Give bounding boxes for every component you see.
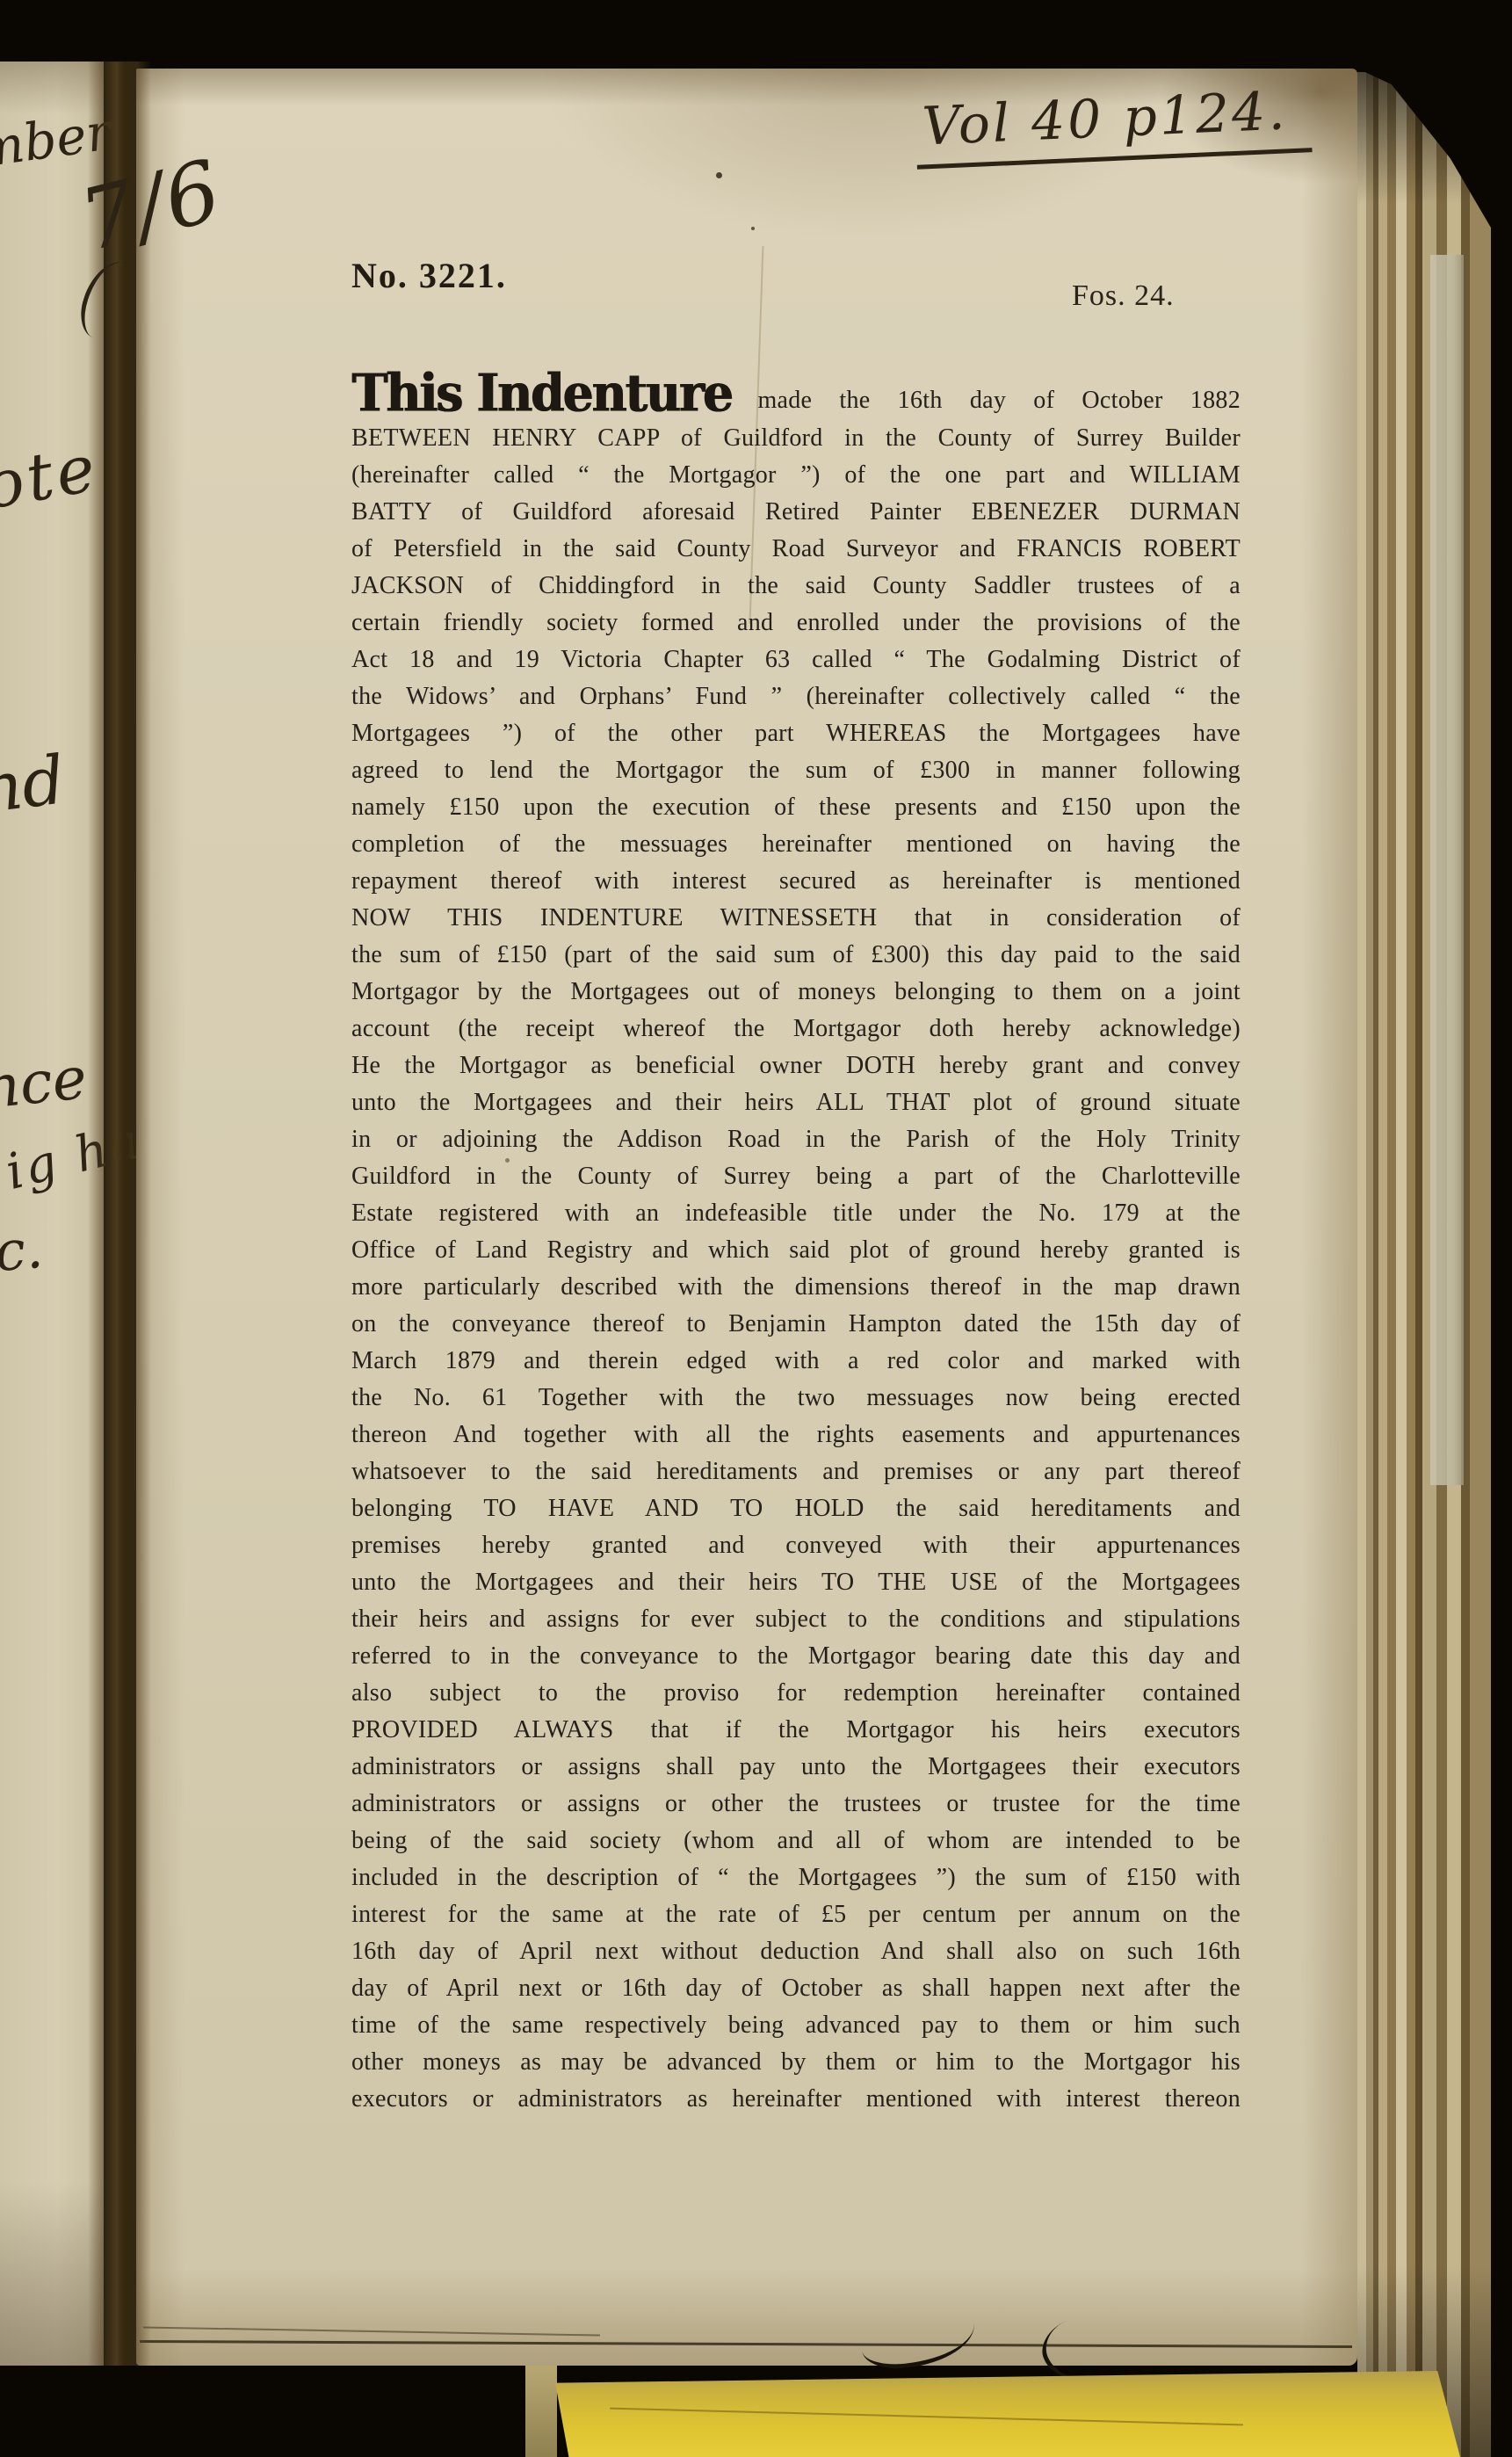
body-line: the No. 61 Together with the two messuag… [351, 1380, 1241, 1417]
body-line: administrators or assigns or other the t… [351, 1786, 1241, 1823]
margin-fragment: ote [0, 430, 105, 524]
body-line: Mortgagees ”) of the other part WHEREAS … [351, 715, 1241, 752]
body-line: BETWEEN HENRY CAPP of Guildford in the C… [351, 420, 1241, 457]
opening-line: This Indenture made the 16th day of Octo… [351, 355, 1241, 418]
body-line: Guildford in the County of Surrey being … [351, 1158, 1241, 1195]
body-line: account (the receipt whereof the Mortgag… [351, 1011, 1241, 1047]
page-bottom-edge [140, 2340, 1352, 2348]
body-line: day of April next or 16th day of October… [351, 1970, 1241, 2007]
ink-spot [716, 172, 722, 178]
body-line: unto the Mortgagees and their heirs ALL … [351, 1084, 1241, 1121]
body-line: JACKSON of Chiddingford in the said Coun… [351, 568, 1241, 605]
body-line: agreed to lend the Mortgagor the sum of … [351, 752, 1241, 789]
body-line: the Widows’ and Orphans’ Fund ” (hereina… [351, 678, 1241, 715]
body-line: He the Mortgagor as beneficial owner DOT… [351, 1047, 1241, 1084]
body-line: Act 18 and 19 Victoria Chapter 63 called… [351, 641, 1241, 678]
ink-spot [751, 227, 755, 230]
body-line: included in the description of “ the Mor… [351, 1859, 1241, 1896]
scanned-document-photo: { "doc": { "volume_ref": "Vol 40 p124.",… [0, 0, 1512, 2457]
body-line: whatsoever to the said hereditaments and… [351, 1453, 1241, 1490]
body-line: unto the Mortgagees and their heirs TO T… [351, 1564, 1241, 1601]
body-line: the sum of £150 (part of the said sum of… [351, 937, 1241, 974]
body-line: March 1879 and therein edged with a red … [351, 1343, 1241, 1380]
margin-fragment: c. [0, 1216, 46, 1284]
body-line: thereon And together with all the rights… [351, 1417, 1241, 1453]
yellow-note-sheet [555, 2371, 1460, 2457]
body-line: (hereinafter called “ the Mortgagor ”) o… [351, 457, 1241, 494]
margin-fragment: nd [0, 740, 69, 828]
body-line: Estate registered with an indefeasible t… [351, 1195, 1241, 1232]
document-page: No. 3221. Fos. 24. This Indenture made t… [136, 69, 1357, 2366]
body-line: referred to in the conveyance to the Mor… [351, 1638, 1241, 1675]
indenture-body: This Indenture made the 16th day of Octo… [351, 355, 1241, 2118]
body-line: their heirs and assigns for ever subject… [351, 1601, 1241, 1638]
body-line: PROVIDED ALWAYS that if the Mortgagor hi… [351, 1712, 1241, 1749]
body-line: more particularly described with the dim… [351, 1269, 1241, 1306]
body-line: NOW THIS INDENTURE WITNESSETH that in co… [351, 900, 1241, 937]
body-line: on the conveyance thereof to Benjamin Ha… [351, 1306, 1241, 1343]
margin-fragment: nce [0, 1044, 90, 1122]
body-line: Office of Land Registry and which said p… [351, 1232, 1241, 1269]
page-edge-highlight [1430, 255, 1464, 1485]
book-support [525, 2362, 557, 2457]
ink-flourish [858, 2301, 978, 2372]
body-line: certain friendly society formed and enro… [351, 605, 1241, 641]
body-line: belonging TO HAVE AND TO HOLD the said h… [351, 1490, 1241, 1527]
body-line: executors or administrators as hereinaft… [351, 2081, 1241, 2118]
body-line: namely £150 upon the execution of these … [351, 789, 1241, 826]
margin-fragment: ig ha [0, 1113, 147, 1201]
page-bottom-crease [143, 2326, 600, 2336]
body-line: premises hereby granted and conveyed wit… [351, 1527, 1241, 1564]
body-line: Mortgagor by the Mortgagees out of money… [351, 974, 1241, 1011]
body-line: repayment thereof with interest secured … [351, 863, 1241, 900]
left-page-edge: mber ote nd nce ig ha c. [0, 62, 104, 2366]
body-line: time of the same respectively being adva… [351, 2007, 1241, 2044]
opening-line-rest: made the 16th day of October 1882 [757, 383, 1241, 418]
body-line: completion of the messuages hereinafter … [351, 826, 1241, 863]
body-line: interest for the same at the rate of £5 … [351, 1896, 1241, 1933]
body-line: being of the said society (whom and all … [351, 1823, 1241, 1859]
body-line: 16th day of April next without deduction… [351, 1933, 1241, 1970]
body-line: other moneys as may be advanced by them … [351, 2044, 1241, 2081]
body-lines: BETWEEN HENRY CAPP of Guildford in the C… [351, 420, 1241, 2118]
body-line: administrators or assigns shall pay unto… [351, 1749, 1241, 1786]
blackletter-opening: This Indenture [351, 366, 731, 418]
body-line: of Petersfield in the said County Road S… [351, 531, 1241, 568]
body-line: BATTY of Guildford aforesaid Retired Pai… [351, 494, 1241, 531]
body-line: also subject to the proviso for redempti… [351, 1675, 1241, 1712]
stacked-page-edges [1357, 72, 1491, 2457]
body-line: in or adjoining the Addison Road in the … [351, 1121, 1241, 1158]
folio-number: Fos. 24. [1072, 279, 1175, 313]
document-number: No. 3221. [351, 255, 507, 296]
